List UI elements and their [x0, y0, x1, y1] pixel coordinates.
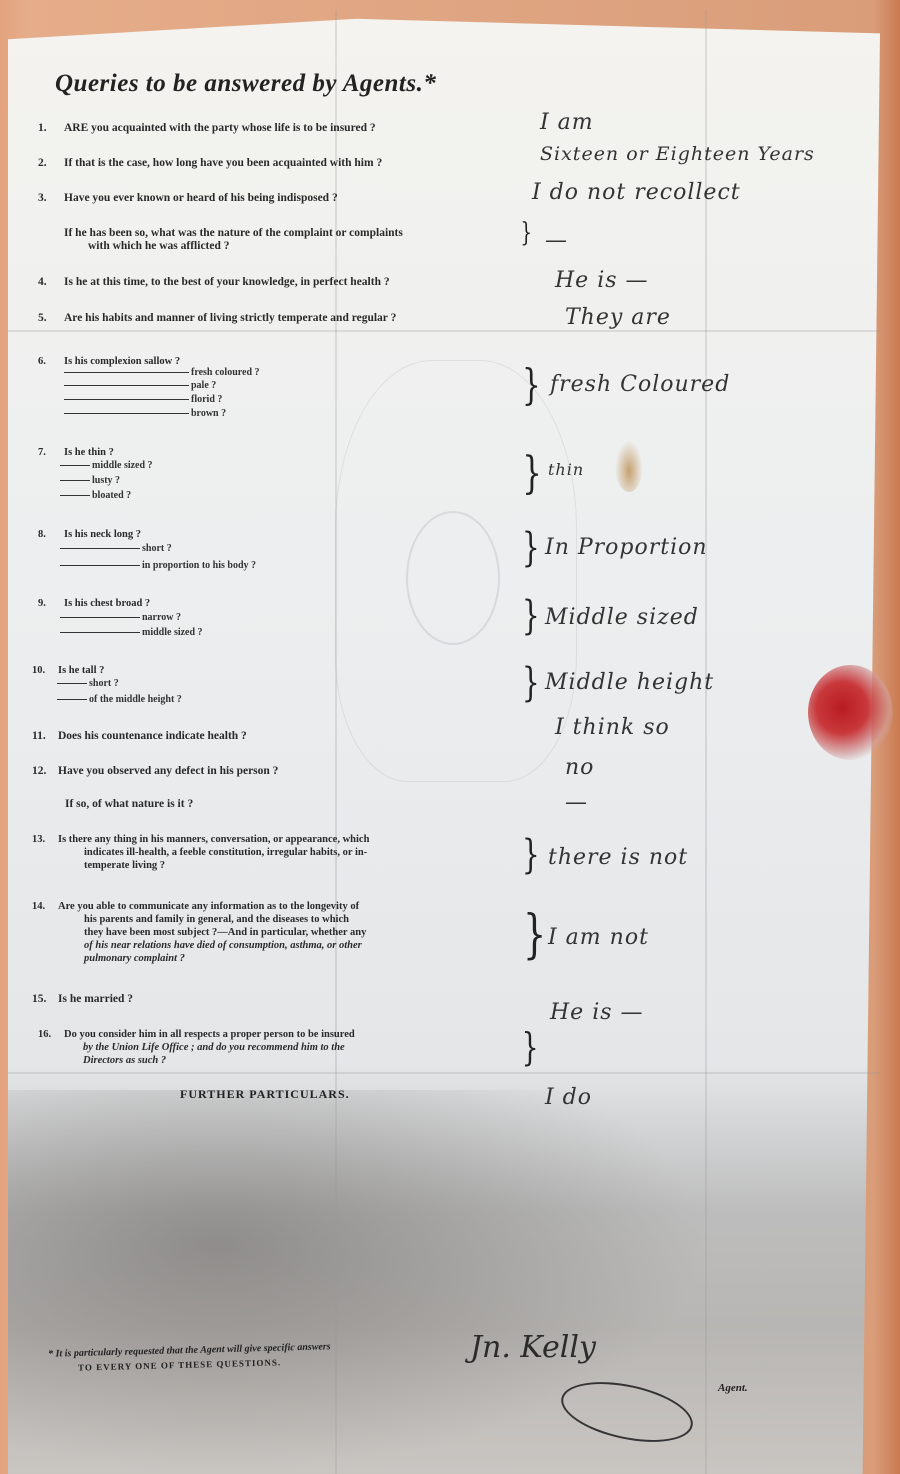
- answer-12b: —: [565, 790, 588, 815]
- fold-line: [705, 10, 707, 1474]
- answer-6: fresh Coloured: [550, 372, 730, 397]
- option: short ?: [60, 543, 172, 555]
- option: short ?: [57, 678, 119, 690]
- brace-icon: }: [522, 660, 540, 706]
- watermark-emblem: [335, 360, 577, 782]
- wax-seal: [808, 665, 893, 760]
- brace-icon: }: [520, 218, 532, 248]
- option: bloated ?: [60, 490, 131, 502]
- brace-icon: }: [522, 1025, 539, 1069]
- answer-3b: —: [545, 228, 568, 253]
- answer-7: thin: [548, 460, 584, 479]
- option: florid ?: [64, 394, 222, 406]
- document-title: Queries to be answered by Agents.*: [55, 70, 436, 98]
- brace-icon: }: [523, 905, 546, 965]
- question-10: 10.Is he tall ?: [32, 664, 104, 677]
- option: lusty ?: [60, 475, 120, 487]
- option: in proportion to his body ?: [60, 560, 256, 572]
- further-particulars-heading: FURTHER PARTICULARS.: [180, 1087, 350, 1102]
- answer-4: He is —: [555, 268, 649, 293]
- option: of the middle height ?: [57, 694, 182, 706]
- question-8: 8.Is his neck long ?: [38, 528, 141, 541]
- answer-8: In Proportion: [545, 535, 708, 560]
- agent-signature: Jn. Kelly: [470, 1330, 596, 1365]
- question-9: 9.Is his chest broad ?: [38, 597, 150, 610]
- answer-5: They are: [565, 305, 671, 330]
- question-3b: If he has been so, what was the nature o…: [64, 227, 403, 253]
- question-11: 11.Does his countenance indicate health …: [32, 730, 247, 743]
- question-1: 1.ARE you acquainted with the party whos…: [38, 122, 376, 135]
- question-12b: If so, of what nature is it ?: [65, 798, 193, 811]
- option: middle sized ?: [60, 627, 203, 639]
- option: brown ?: [64, 408, 226, 420]
- agent-label: Agent.: [718, 1382, 748, 1394]
- option: middle sized ?: [60, 460, 153, 472]
- answer-9: Middle sized: [545, 605, 699, 630]
- answer-12: no: [565, 755, 594, 780]
- question-13: 13.Is there any thing in his manners, co…: [32, 833, 369, 872]
- answer-2: Sixteen or Eighteen Years: [540, 143, 815, 165]
- stain: [615, 440, 643, 492]
- question-4: 4.Is he at this time, to the best of you…: [38, 276, 390, 289]
- brace-icon: }: [522, 593, 540, 639]
- question-14: 14.Are you able to communicate any infor…: [32, 900, 366, 965]
- question-2: 2.If that is the case, how long have you…: [38, 157, 382, 170]
- fold-line: [8, 1072, 880, 1074]
- brace-icon: }: [522, 360, 541, 409]
- brace-icon: }: [522, 448, 542, 499]
- question-3: 3.Have you ever known or heard of his be…: [38, 192, 338, 205]
- answer-1: I am: [540, 110, 594, 135]
- question-12: 12.Have you observed any defect in his p…: [32, 765, 278, 778]
- question-15: 15.Is he married ?: [32, 993, 133, 1006]
- answer-16: I do: [545, 1085, 592, 1110]
- answer-11: I think so: [555, 715, 670, 740]
- fold-line: [8, 330, 880, 332]
- answer-13: there is not: [548, 845, 688, 870]
- question-5: 5.Are his habits and manner of living st…: [38, 312, 396, 325]
- answer-15: He is —: [550, 1000, 644, 1025]
- answer-14: I am not: [548, 925, 649, 950]
- option: pale ?: [64, 380, 216, 392]
- option: narrow ?: [60, 612, 181, 624]
- question-16: 16.Do you consider him in all respects a…: [38, 1028, 355, 1067]
- answer-3: I do not recollect: [532, 180, 741, 205]
- brace-icon: }: [522, 832, 540, 878]
- question-7: 7.Is he thin ?: [38, 446, 114, 459]
- option: fresh coloured ?: [64, 367, 260, 379]
- brace-icon: }: [522, 525, 540, 571]
- answer-10: Middle height: [545, 670, 714, 695]
